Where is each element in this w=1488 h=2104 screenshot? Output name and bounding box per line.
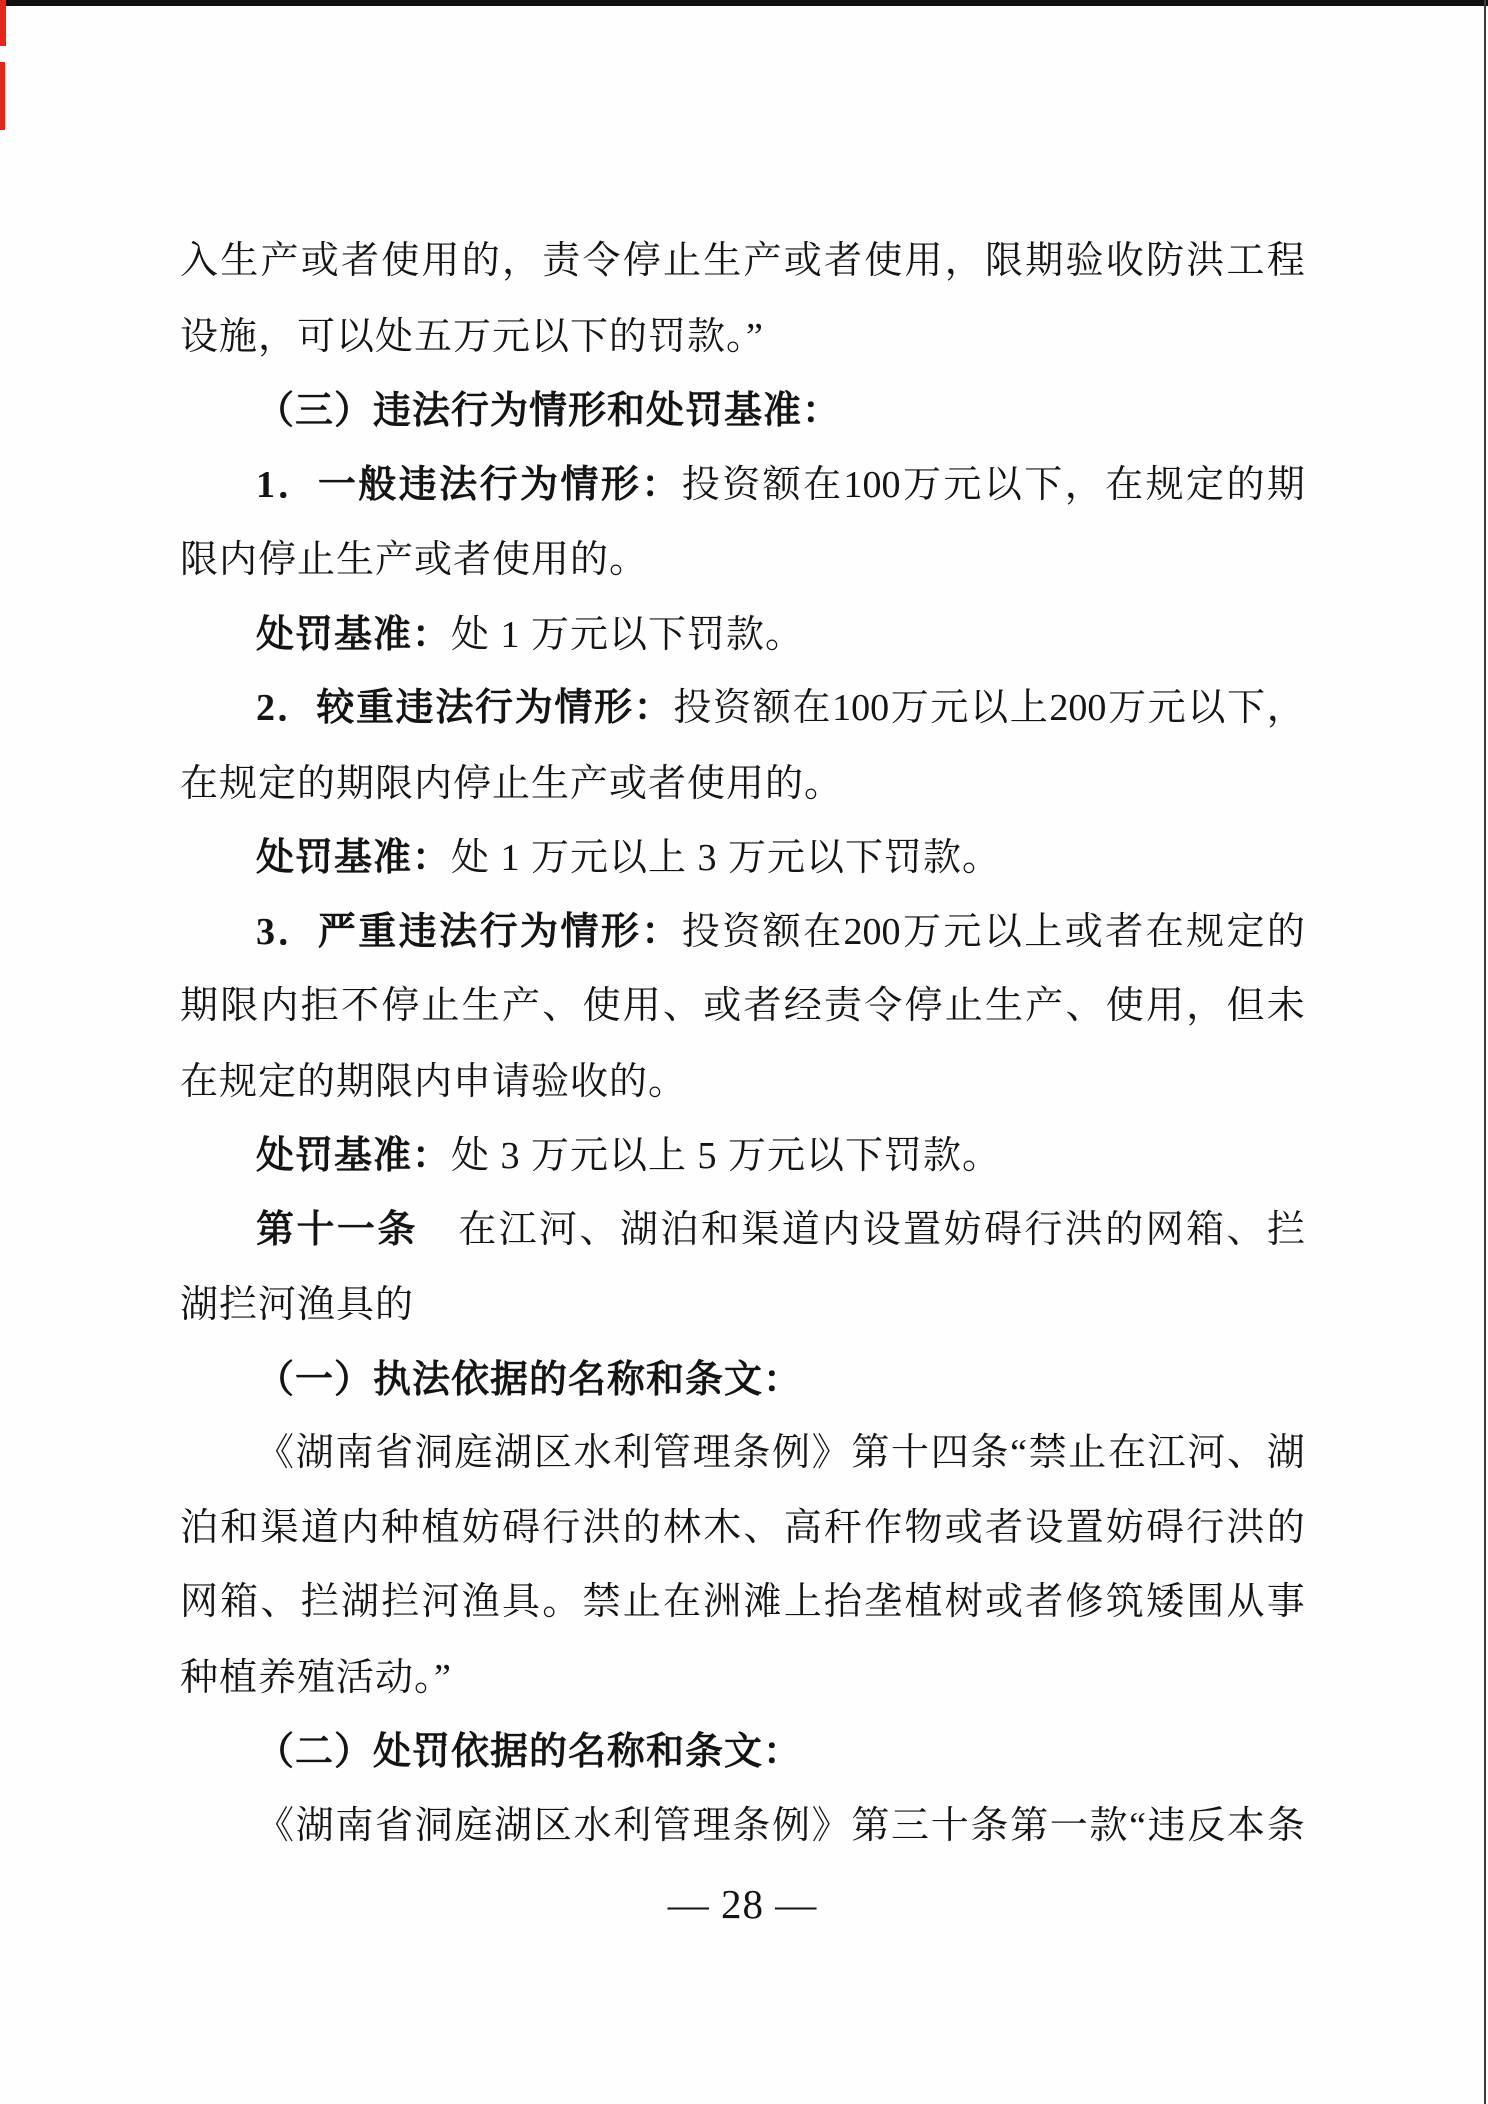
text-line: 设施，可以处五万元以下的罚款。” <box>180 300 1305 375</box>
text-line: 网箱、拦湖拦河渔具。禁止在洲滩上抬垄植树或者修筑矮围从事 <box>180 1566 1305 1641</box>
text-line: 处罚基准：处 1 万元以下罚款。 <box>180 598 1305 673</box>
text-block: 入生产或者使用的，责令停止生产或者使用，限期验收防洪工程设施，可以处五万元以下的… <box>180 225 1305 1864</box>
text-line: 第十一条 在江河、湖泊和渠道内设置妨碍行洪的网箱、拦 <box>180 1194 1305 1269</box>
text-line: 处罚基准：处 3 万元以上 5 万元以下罚款。 <box>180 1119 1305 1194</box>
scan-red-mark-lower <box>0 62 5 130</box>
text-line: 泊和渠道内种植妨碍行洪的林木、高秆作物或者设置妨碍行洪的 <box>180 1492 1305 1567</box>
text-line: 1．一般违法行为情形：投资额在100万元以下，在规定的期 <box>180 449 1305 524</box>
scan-red-mark-top <box>0 0 6 46</box>
text-line: 期限内拒不停止生产、使用、或者经责令停止生产、使用，但未 <box>180 970 1305 1045</box>
text-line: 《湖南省洞庭湖区水利管理条例》第十四条“禁止在江河、湖 <box>180 1417 1305 1492</box>
text-line: （一）执法依据的名称和条文： <box>180 1343 1305 1418</box>
text-line: 3．严重违法行为情形：投资额在200万元以上或者在规定的 <box>180 896 1305 971</box>
text-line: 《湖南省洞庭湖区水利管理条例》第三十条第一款“违反本条 <box>180 1790 1305 1865</box>
text-line: 在规定的期限内停止生产或者使用的。 <box>180 747 1305 822</box>
text-line: 入生产或者使用的，责令停止生产或者使用，限期验收防洪工程 <box>180 225 1305 300</box>
scan-right-edge-line <box>1484 0 1486 2104</box>
text-line: （三）违法行为情形和处罚基准： <box>180 374 1305 449</box>
text-line: 种植养殖活动。” <box>180 1641 1305 1716</box>
text-line: （二）处罚依据的名称和条文： <box>180 1715 1305 1790</box>
page-number: — 28 — <box>180 1874 1305 1934</box>
text-line: 在规定的期限内申请验收的。 <box>180 1045 1305 1120</box>
text-line: 限内停止生产或者使用的。 <box>180 523 1305 598</box>
text-line: 处罚基准：处 1 万元以上 3 万元以下罚款。 <box>180 821 1305 896</box>
document-page: 入生产或者使用的，责令停止生产或者使用，限期验收防洪工程设施，可以处五万元以下的… <box>0 0 1488 2104</box>
text-line: 湖拦河渔具的 <box>180 1268 1305 1343</box>
text-line: 2．较重违法行为情形：投资额在100万元以上200万元以下， <box>180 672 1305 747</box>
scan-top-edge-bar <box>0 0 1488 6</box>
